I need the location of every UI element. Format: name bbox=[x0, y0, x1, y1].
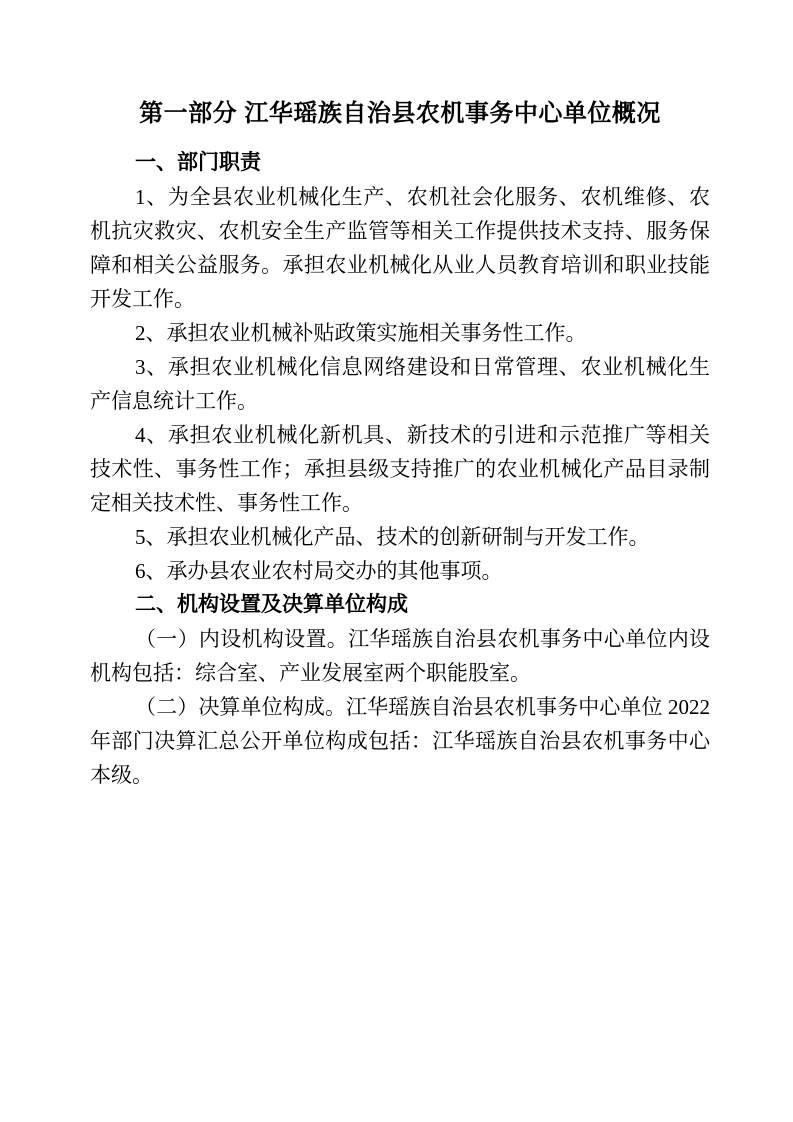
duty-paragraph-4: 4、承担农业机械化新机具、新技术的引进和示范推广等相关技术性、事务性工作；承担县… bbox=[90, 418, 710, 520]
section-1-heading: 一、部门职责 bbox=[90, 146, 710, 180]
section-2-heading: 二、机构设置及决算单位构成 bbox=[90, 588, 710, 622]
duty-paragraph-2: 2、承担农业机械补贴政策实施相关事务性工作。 bbox=[90, 316, 710, 350]
org-paragraph-2: （二）决算单位构成。江华瑶族自治县农机事务中心单位 2022 年部门决算汇总公开… bbox=[90, 690, 710, 792]
page-title: 第一部分 江华瑶族自治县农机事务中心单位概况 bbox=[90, 96, 710, 132]
org-paragraph-1: （一）内设机构设置。江华瑶族自治县农机事务中心单位内设机构包括：综合室、产业发展… bbox=[90, 622, 710, 690]
duty-paragraph-5: 5、承担农业机械化产品、技术的创新研制与开发工作。 bbox=[90, 520, 710, 554]
duty-paragraph-1: 1、为全县农业机械化生产、农机社会化服务、农机维修、农机抗灾救灾、农机安全生产监… bbox=[90, 180, 710, 316]
duty-paragraph-3: 3、承担农业机械化信息网络建设和日常管理、农业机械化生产信息统计工作。 bbox=[90, 350, 710, 418]
document-page: 第一部分 江华瑶族自治县农机事务中心单位概况 一、部门职责 1、为全县农业机械化… bbox=[0, 0, 793, 1122]
duty-paragraph-6: 6、承办县农业农村局交办的其他事项。 bbox=[90, 554, 710, 588]
